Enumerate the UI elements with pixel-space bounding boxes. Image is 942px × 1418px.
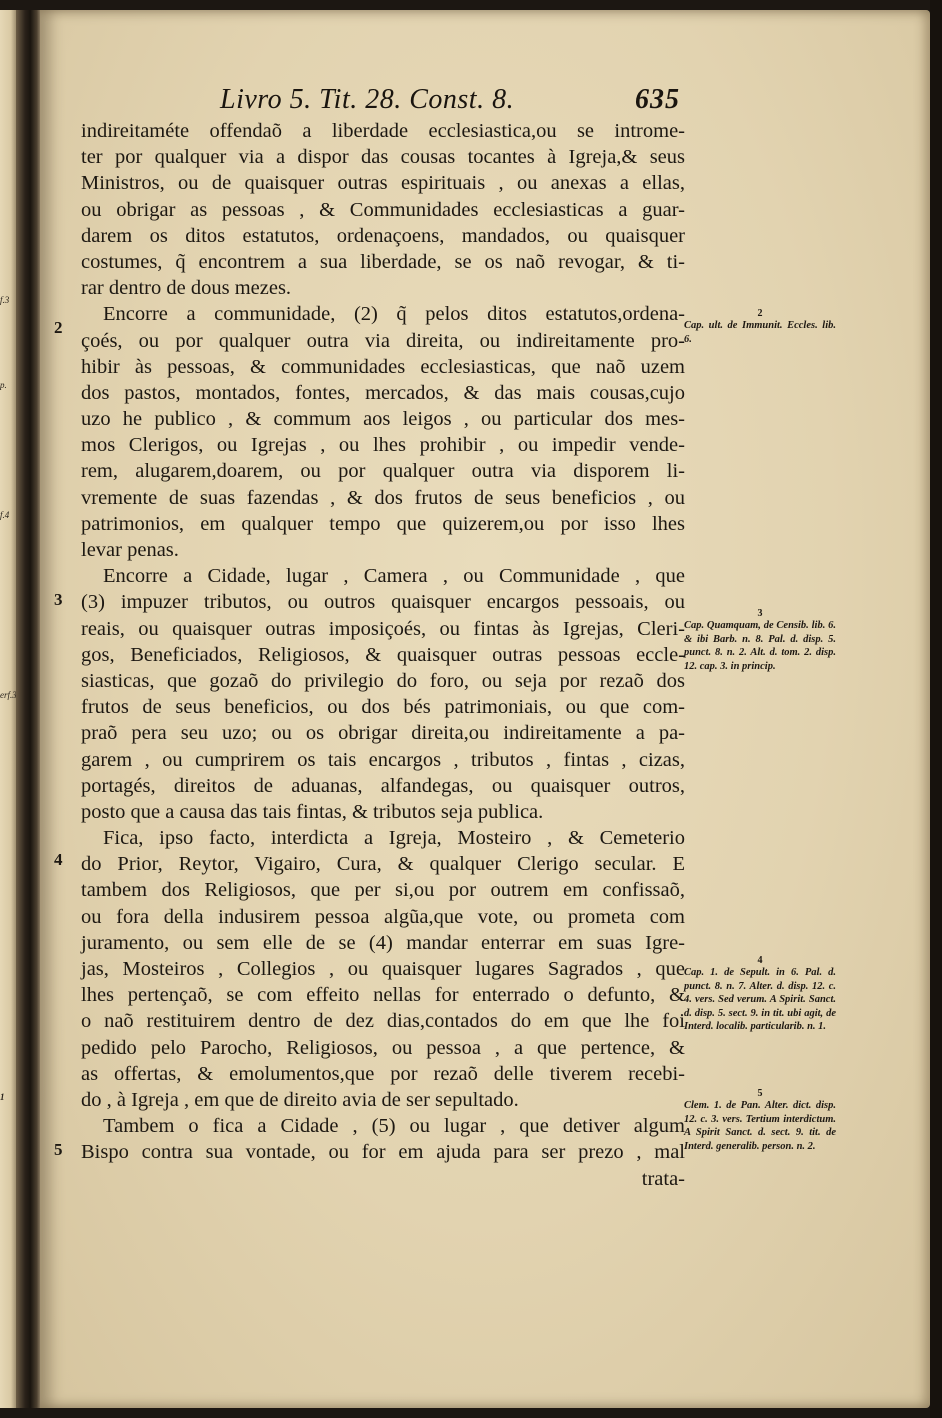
- text-line: patrimonios, em qualquer tempo que quize…: [81, 511, 685, 537]
- facing-mark: p.: [0, 380, 7, 390]
- text-line: praõ pera seu uzo; ou os obrigar direita…: [81, 720, 685, 746]
- text-line: rem, alugarem,doarem, ou por qualquer ou…: [81, 458, 685, 484]
- page-number: 635: [635, 84, 680, 116]
- main-text-block: indireitaméte offendaõ a liberdade eccle…: [81, 118, 685, 1192]
- text-line: do , à Igreja , em que de direito avia d…: [81, 1087, 685, 1113]
- margin-note: 5 Clem. 1. de Pan. Alter. dict. disp. 12…: [684, 1088, 836, 1153]
- margin-note-text: Clem. 1. de Pan. Alter. dict. disp. 12. …: [684, 1100, 836, 1152]
- text-line: pedido pelo Parocho, Religiosos, ou pess…: [81, 1035, 685, 1061]
- text-line: gos, Beneficiados, Religiosos, & quaisqu…: [81, 642, 685, 668]
- text-line: Encorre a Cidade, lugar , Camera , ou Co…: [81, 563, 685, 589]
- text-line: do Prior, Reytor, Vigairo, Cura, & qualq…: [81, 851, 685, 877]
- text-line: rar dentro de dous mezes.: [81, 275, 685, 301]
- facing-mark: f.4: [0, 510, 9, 520]
- book-gutter: [16, 10, 42, 1408]
- text-line: çoés, ou por qualquer outra via direita,…: [81, 328, 685, 354]
- margin-note-text: Cap. 1. de Sepult. in 6. Pal. d. punct. …: [684, 967, 836, 1032]
- text-line: mos Clerigos, ou Igrejas , ou lhes prohi…: [81, 432, 685, 458]
- paragraph-number: 5: [54, 1140, 63, 1160]
- paragraph-number: 2: [54, 318, 63, 338]
- text-line: portagés, direitos de aduanas, alfandega…: [81, 773, 685, 799]
- paragraph-number: 3: [54, 590, 63, 610]
- margin-note: 3 Cap. Quamquam, de Censib. lib. 6. & ib…: [684, 608, 836, 673]
- text-line: (3) impuzer tributos, ou outros quaisque…: [81, 589, 685, 615]
- paragraph-number: 4: [54, 850, 63, 870]
- text-line: ou fora della indusirem pessoa algũa,que…: [81, 904, 685, 930]
- facing-mark: f.3: [0, 295, 9, 305]
- text-line: juramento, ou sem elle de se (4) mandar …: [81, 930, 685, 956]
- text-line: darem os ditos estatutos, ordenaçoens, m…: [81, 223, 685, 249]
- text-line: dos pastos, montados, fontes, mercados, …: [81, 380, 685, 406]
- page-edge-shadow: [930, 0, 942, 1418]
- text-line: frutos de seus beneficios, ou dos bés pa…: [81, 694, 685, 720]
- text-line: Fica, ipso facto, interdicta a Igreja, M…: [81, 825, 685, 851]
- text-line: lhes pertençaõ, se com effeito nellas fo…: [81, 982, 685, 1008]
- text-line: Bispo contra sua vontade, ou for em ajud…: [81, 1139, 685, 1165]
- text-line: posto que a causa das tais fintas, & tri…: [81, 799, 685, 825]
- text-line: ter por qualquer via a dispor das cousas…: [81, 144, 685, 170]
- text-line: Encorre a communidade, (2) q̃ pelos dito…: [81, 301, 685, 327]
- text-line: Tambem o fica a Cidade , (5) ou lugar , …: [81, 1113, 685, 1139]
- facing-mark: 1: [0, 1092, 5, 1102]
- text-line: as offertas, & emolumentos,que por rezaõ…: [81, 1061, 685, 1087]
- text-line: indireitaméte offendaõ a liberdade eccle…: [81, 118, 685, 144]
- text-line: Ministros, ou de quaisquer outras espiri…: [81, 170, 685, 196]
- margin-note-number: 5: [684, 1088, 836, 1099]
- margin-note-text: Cap. ult. de Immunit. Eccles. lib. 6.: [684, 320, 836, 345]
- text-line: jas, Mosteiros , Collegios , ou quaisque…: [81, 956, 685, 982]
- margin-note-number: 2: [684, 308, 836, 319]
- facing-mark: erf.3: [0, 690, 17, 700]
- text-line: tambem dos Religiosos, que per si,ou por…: [81, 877, 685, 903]
- text-line: costumes, q̃ encontrem a sua liberdade, …: [81, 249, 685, 275]
- text-line: siasticas, que gozaõ do privilegio do fo…: [81, 668, 685, 694]
- catchword: trata-: [81, 1166, 685, 1192]
- margin-note-number: 3: [684, 608, 836, 619]
- text-line: reais, ou quaisquer outras imposiçoés, o…: [81, 616, 685, 642]
- page-header: Livro 5. Tit. 28. Const. 8. 635: [220, 84, 680, 120]
- text-line: levar penas.: [81, 537, 685, 563]
- margin-note-text: Cap. Quamquam, de Censib. lib. 6. & ibi …: [684, 620, 836, 672]
- text-line: hibir às pessoas, & communidades ecclesi…: [81, 354, 685, 380]
- text-line: vremente de suas fazendas , & dos frutos…: [81, 485, 685, 511]
- text-line: uzo he publico , & commum aos leigos , o…: [81, 406, 685, 432]
- margin-note: 4 Cap. 1. de Sepult. in 6. Pal. d. punct…: [684, 955, 836, 1034]
- margin-note: 2 Cap. ult. de Immunit. Eccles. lib. 6.: [684, 308, 836, 346]
- margin-note-number: 4: [684, 955, 836, 966]
- text-line: garem , ou cumprirem os tais encargos , …: [81, 747, 685, 773]
- text-line: ou obrigar as pessoas , & Communidades e…: [81, 197, 685, 223]
- running-head: Livro 5. Tit. 28. Const. 8.: [220, 84, 514, 116]
- text-line: o naõ restituirem dentro de dez dias,con…: [81, 1008, 685, 1034]
